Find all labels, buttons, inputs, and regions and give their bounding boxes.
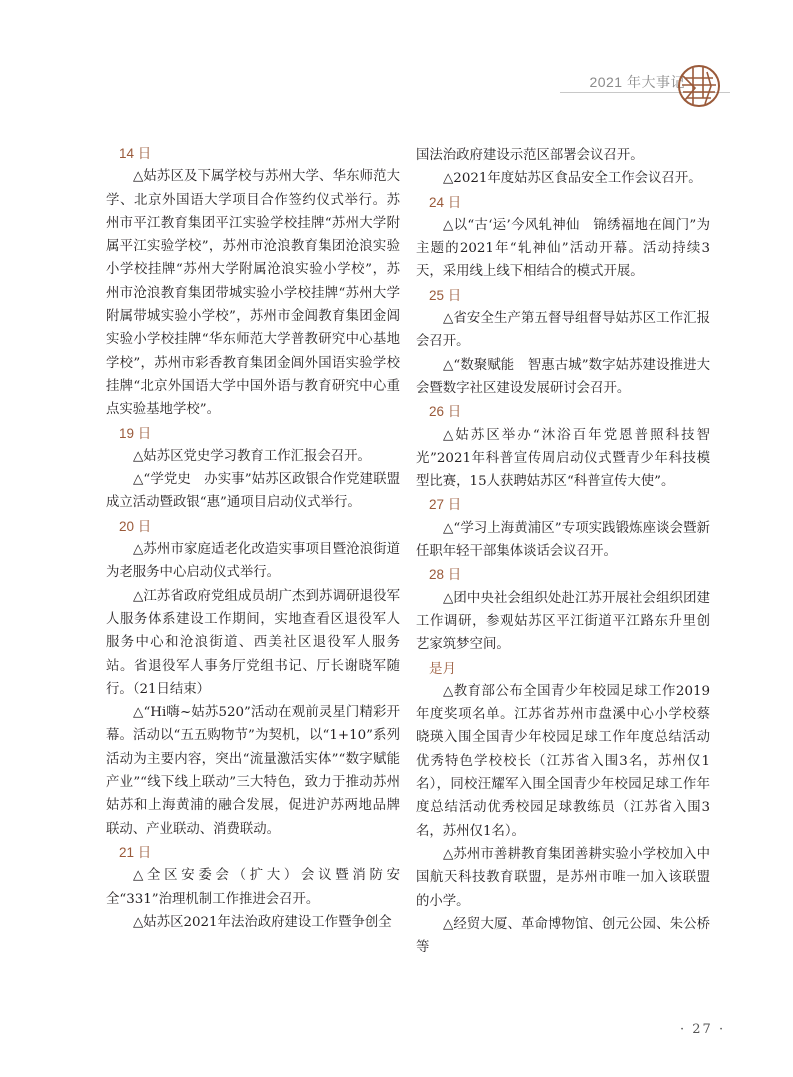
- chronicle-entry: △“Hi嗨~姑苏520”活动在观前灵星门精彩开幕。活动以“五五购物节”为契机，以…: [106, 701, 400, 841]
- day-heading: 25 日: [416, 284, 710, 307]
- chronicle-entry: △2021年度姑苏区食品安全工作会议召开。: [416, 167, 710, 190]
- running-header-title: 2021 年大事记: [589, 72, 685, 92]
- chronicle-entry-continuation: 国法治政府建设示范区部署会议召开。: [416, 144, 710, 167]
- chronicle-entry: △省安全生产第五督导组督导姑苏区工作汇报会召开。: [416, 307, 710, 354]
- day-heading: 24 日: [416, 191, 710, 214]
- chronicle-entry: △苏州市家庭适老化改造实事项目暨沧浪街道为老服务中心启动仪式举行。: [106, 538, 400, 585]
- chronicle-entry: △江苏省政府党组成员胡广杰到苏调研退役军人服务体系建设工作期间，实地查看区退役军…: [106, 585, 400, 701]
- right-column: 国法治政府建设示范区部署会议召开。 △2021年度姑苏区食品安全工作会议召开。 …: [416, 144, 710, 959]
- chronicle-entry: △“学党史 办实事”姑苏区政银合作党建联盟成立活动暨政银“惠”通项目启动仪式举行…: [106, 468, 400, 515]
- chronicle-entry: △姑苏区举办“沐浴百年党恩普照科技智光”2021年科普宣传周启动仪式暨青少年科技…: [416, 424, 710, 494]
- chronicle-entry: △“数聚赋能 智惠古城”数字姑苏建设推进大会暨数字社区建设发展研讨会召开。: [416, 354, 710, 401]
- chronicle-seal-icon: [677, 64, 721, 108]
- day-heading: 27 日: [416, 493, 710, 516]
- day-heading: 是月: [416, 657, 710, 680]
- chronicle-entry: △苏州市善耕教育集团善耕实验小学校加入中国航天科技教育联盟，是苏州市唯一加入该联…: [416, 843, 710, 913]
- day-heading: 28 日: [416, 563, 710, 586]
- day-heading: 19 日: [106, 422, 400, 445]
- chronicle-entry: △教育部公布全国青少年校园足球工作2019年度奖项名单。江苏省苏州市盘溪中心小学…: [416, 680, 710, 843]
- chronicle-entry: △全区安委会（扩大）会议暨消防安全“331”治理机制工作推进会召开。: [106, 864, 400, 911]
- chronicle-entry: △“学习上海黄浦区”专项实践锻炼座谈会暨新任职年轻干部集体谈话会议召开。: [416, 517, 710, 564]
- chronicle-entry: △姑苏区2021年法治政府建设工作暨争创全: [106, 911, 400, 934]
- chronicle-entry: △经贸大厦、革命博物馆、创元公园、朱公桥等: [416, 913, 710, 960]
- chronicle-entry: △姑苏区党史学习教育工作汇报会召开。: [106, 445, 400, 468]
- chronicle-entry: △姑苏区及下属学校与苏州大学、华东师范大学、北京外国语大学项目合作签约仪式举行。…: [106, 165, 400, 421]
- chronicle-entry: △团中央社会组织处赴江苏开展社会组织团建工作调研，参观姑苏区平江街道平江路东升里…: [416, 587, 710, 657]
- chronicle-entry: △以“古‘运’今风轧神仙 锦绣福地在阊门”为主题的2021年“轧神仙”活动开幕。…: [416, 214, 710, 284]
- day-heading: 14 日: [106, 142, 400, 165]
- page-number: · 27 ·: [680, 1022, 725, 1037]
- left-column: 14 日 △姑苏区及下属学校与苏州大学、华东师范大学、北京外国语大学项目合作签约…: [106, 142, 400, 934]
- day-heading: 26 日: [416, 400, 710, 423]
- day-heading: 20 日: [106, 515, 400, 538]
- day-heading: 21 日: [106, 841, 400, 864]
